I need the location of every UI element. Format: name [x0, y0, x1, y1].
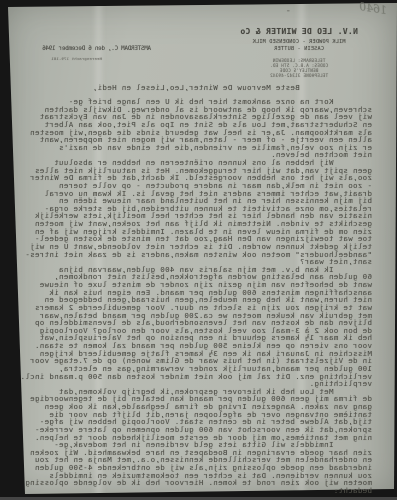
telephone-line: TELEPHONE 31342-49342 [229, 74, 369, 79]
products-line-2: CASEIN - BUTTER [229, 46, 369, 53]
scanned-letter: 1640 - N.V. LEO DE WINTER & Co MILK POWD… [0, 0, 397, 500]
pencil-dash-mark: - [286, 6, 291, 16]
letterhead-details: TELEGRAMS: LEODEWIN CODES: A.B.C. 5TH ED… [229, 59, 369, 79]
letter-line: moeten wij ook zien rond te komen. Hierv… [22, 479, 372, 487]
letterhead: N.V. LEO DE WINTER & Co MILK POWDER - CO… [229, 27, 369, 79]
address-line: Heerengracht 179-181 [51, 56, 102, 61]
letter-body: Kort na onze aankomst hier heb ik U een … [22, 98, 372, 495]
mirrored-letter-content: 1640 - N.V. LEO DE WINTER & Co MILK POWD… [0, 0, 397, 500]
salutation: Beste Mevrouw De Winter,Leo,Liesel en He… [92, 83, 372, 92]
pencil-annotation: 1640 [358, 0, 388, 17]
dateline: AMSTERDAM C., den 6 December 1946 [42, 46, 151, 52]
products-line-1: MILK POWDER - CONDENSED MILK [229, 39, 369, 46]
company-name: N.V. LEO DE WINTER & Co [229, 27, 369, 36]
letter-line: bedacht: [22, 487, 372, 495]
